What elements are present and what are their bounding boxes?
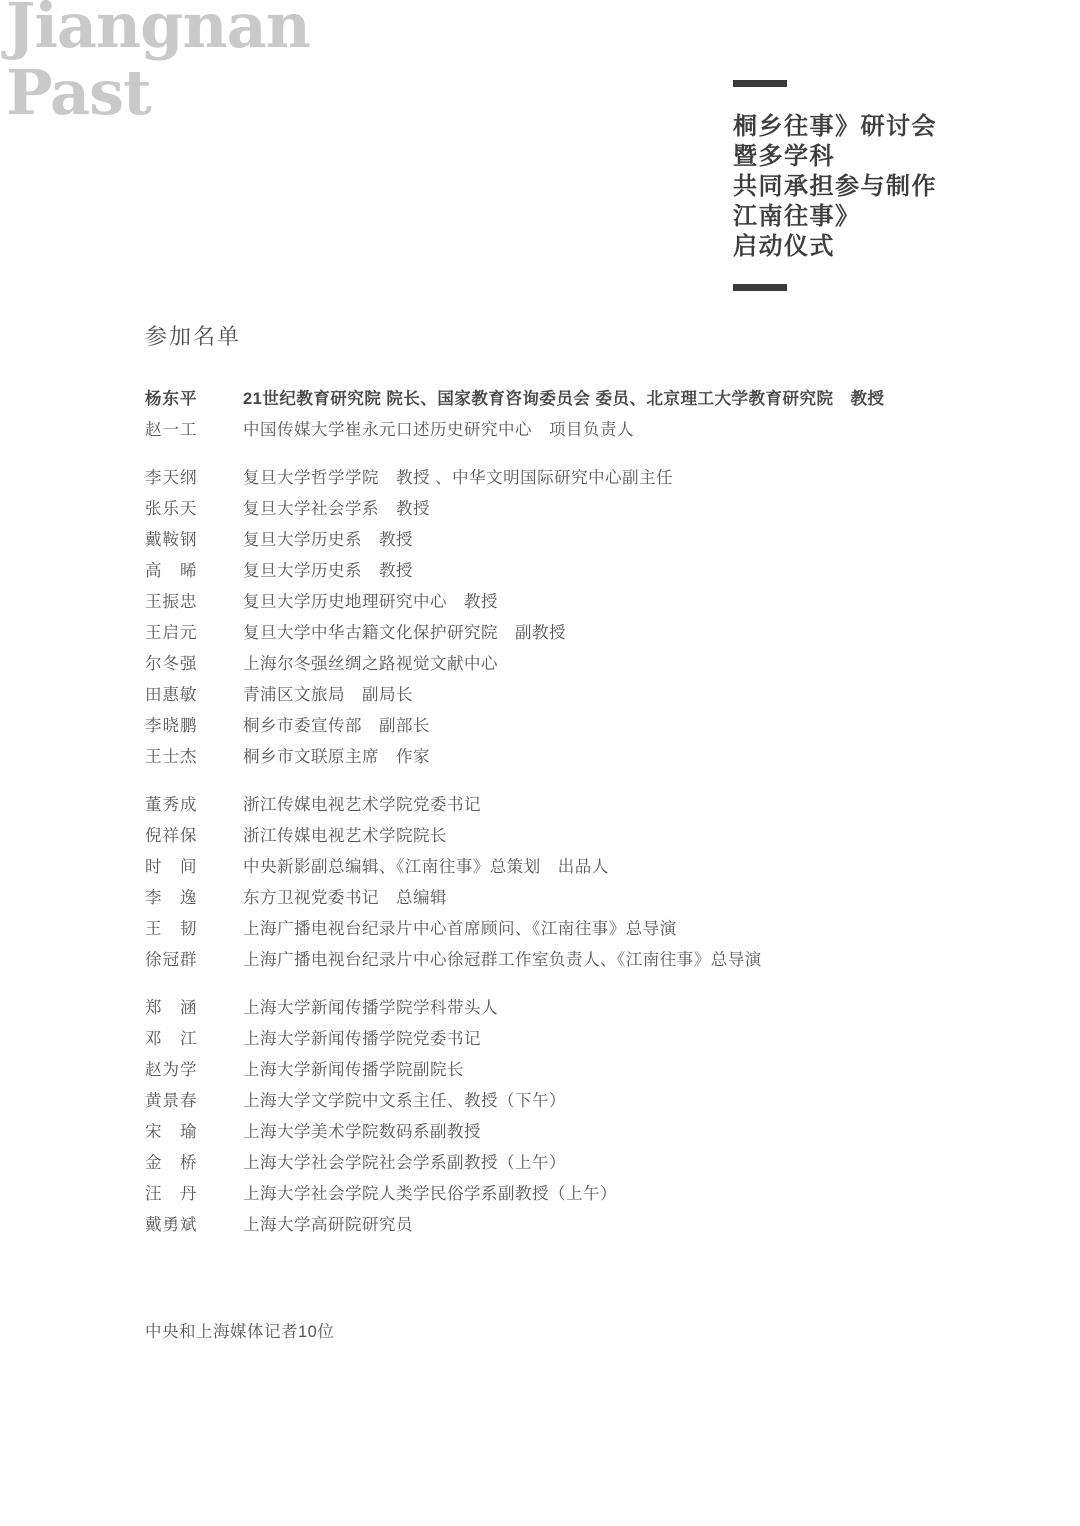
participant-row: 汪 丹上海大学社会学院人类学民俗学系副教授（上午）	[145, 1185, 1025, 1203]
participant-role: 复旦大学历史系 教授	[243, 562, 1025, 580]
participant-role: 东方卫视党委书记 总编辑	[243, 889, 1025, 907]
participant-name: 王振忠	[145, 593, 243, 611]
participant-row: 张乐天复旦大学社会学系 教授	[145, 500, 1025, 518]
section-title-participants: 参加名单	[145, 320, 241, 351]
participant-name: 王启元	[145, 624, 243, 642]
participant-group: 杨东平21世纪教育研究院 院长、国家教育咨询委员会 委员、北京理工大学教育研究院…	[145, 390, 1025, 439]
participant-name: 王士杰	[145, 748, 243, 766]
watermark-jiangnan-past: Jiangnan Past	[6, 0, 310, 126]
participant-role: 上海大学社会学院社会学系副教授（上午）	[243, 1154, 1025, 1172]
participant-name: 李晓鹏	[145, 717, 243, 735]
participant-name: 田惠敏	[145, 686, 243, 704]
participant-row: 黄景春上海大学文学院中文系主任、教授（下午）	[145, 1092, 1025, 1110]
participant-row: 宋 瑜上海大学美术学院数码系副教授	[145, 1123, 1025, 1141]
decorative-bar-bottom	[733, 284, 787, 291]
footer-note: 中央和上海媒体记者10位	[145, 1318, 334, 1342]
participant-name: 汪 丹	[145, 1185, 243, 1203]
participant-row: 李晓鹏桐乡市委宣传部 副部长	[145, 717, 1025, 735]
participant-name: 李 逸	[145, 889, 243, 907]
participant-name: 黄景春	[145, 1092, 243, 1110]
participant-name: 戴勇斌	[145, 1216, 243, 1234]
participant-role: 复旦大学社会学系 教授	[243, 500, 1025, 518]
participant-row: 金 桥上海大学社会学院社会学系副教授（上午）	[145, 1154, 1025, 1172]
participant-name: 高 晞	[145, 562, 243, 580]
participant-row: 赵为学上海大学新闻传播学院副院长	[145, 1061, 1025, 1079]
participant-row: 王振忠复旦大学历史地理研究中心 教授	[145, 593, 1025, 611]
participant-name: 宋 瑜	[145, 1123, 243, 1141]
event-title-line: 江南往事》	[733, 202, 993, 232]
decorative-bar-top	[733, 80, 787, 87]
event-title-lines: 桐乡往事》研讨会暨多学科共同承担参与制作江南往事》启动仪式	[733, 112, 993, 262]
participant-row: 董秀成浙江传媒电视艺术学院党委书记	[145, 796, 1025, 814]
participant-role: 上海大学新闻传播学院学科带头人	[243, 999, 1025, 1017]
participant-row: 尔冬强上海尔冬强丝绸之路视觉文献中心	[145, 655, 1025, 673]
watermark-line2: Past	[6, 56, 151, 129]
participant-group: 郑 涵上海大学新闻传播学院学科带头人邓 江上海大学新闻传播学院党委书记赵为学上海…	[145, 999, 1025, 1234]
participant-row: 李 逸东方卫视党委书记 总编辑	[145, 889, 1025, 907]
participant-role: 桐乡市委宣传部 副部长	[243, 717, 1025, 735]
participant-role: 21世纪教育研究院 院长、国家教育咨询委员会 委员、北京理工大学教育研究院 教授	[243, 390, 1025, 408]
participant-name: 时 间	[145, 858, 243, 876]
participant-role: 青浦区文旅局 副局长	[243, 686, 1025, 704]
event-title-line: 桐乡往事》研讨会	[733, 112, 993, 142]
participant-row: 倪祥保浙江传媒电视艺术学院院长	[145, 827, 1025, 845]
participant-row: 戴勇斌上海大学高研院研究员	[145, 1216, 1025, 1234]
participant-list: 杨东平21世纪教育研究院 院长、国家教育咨询委员会 委员、北京理工大学教育研究院…	[145, 390, 1025, 1264]
participant-name: 赵一工	[145, 421, 243, 439]
participant-role: 浙江传媒电视艺术学院党委书记	[243, 796, 1025, 814]
participant-role: 上海尔冬强丝绸之路视觉文献中心	[243, 655, 1025, 673]
participant-name: 戴鞍钢	[145, 531, 243, 549]
watermark-line1: Jiangnan	[6, 0, 310, 62]
participant-role: 上海大学高研院研究员	[243, 1216, 1025, 1234]
participant-name: 张乐天	[145, 500, 243, 518]
participant-role: 上海大学新闻传播学院副院长	[243, 1061, 1025, 1079]
event-title-block: 桐乡往事》研讨会暨多学科共同承担参与制作江南往事》启动仪式	[733, 80, 993, 291]
participant-name: 王 韧	[145, 920, 243, 938]
participant-role: 上海广播电视台纪录片中心首席顾问、《江南往事》总导演	[243, 920, 1025, 938]
participant-row: 王启元复旦大学中华古籍文化保护研究院 副教授	[145, 624, 1025, 642]
participant-role: 复旦大学历史系 教授	[243, 531, 1025, 549]
participant-role: 桐乡市文联原主席 作家	[243, 748, 1025, 766]
participant-row: 赵一工中国传媒大学崔永元口述历史研究中心 项目负责人	[145, 421, 1025, 439]
participant-role: 上海广播电视台纪录片中心徐冠群工作室负责人、《江南往事》总导演	[243, 951, 1025, 969]
participant-name: 董秀成	[145, 796, 243, 814]
participant-row: 田惠敏青浦区文旅局 副局长	[145, 686, 1025, 704]
participant-name: 尔冬强	[145, 655, 243, 673]
participant-role: 上海大学新闻传播学院党委书记	[243, 1030, 1025, 1048]
participant-name: 李天纲	[145, 469, 243, 487]
participant-name: 杨东平	[145, 390, 243, 408]
participant-role: 浙江传媒电视艺术学院院长	[243, 827, 1025, 845]
participant-row: 王 韧上海广播电视台纪录片中心首席顾问、《江南往事》总导演	[145, 920, 1025, 938]
participant-row: 高 晞复旦大学历史系 教授	[145, 562, 1025, 580]
participant-name: 金 桥	[145, 1154, 243, 1172]
participant-group: 李天纲复旦大学哲学学院 教授 、中华文明国际研究中心副主任张乐天复旦大学社会学系…	[145, 469, 1025, 766]
participant-role: 复旦大学历史地理研究中心 教授	[243, 593, 1025, 611]
event-title-line: 启动仪式	[733, 232, 993, 262]
participant-role: 上海大学美术学院数码系副教授	[243, 1123, 1025, 1141]
participant-row: 邓 江上海大学新闻传播学院党委书记	[145, 1030, 1025, 1048]
participant-name: 郑 涵	[145, 999, 243, 1017]
participant-role: 上海大学社会学院人类学民俗学系副教授（上午）	[243, 1185, 1025, 1203]
participant-role: 中国传媒大学崔永元口述历史研究中心 项目负责人	[243, 421, 1025, 439]
participant-name: 倪祥保	[145, 827, 243, 845]
participant-name: 邓 江	[145, 1030, 243, 1048]
participant-role: 复旦大学中华古籍文化保护研究院 副教授	[243, 624, 1025, 642]
participant-role: 上海大学文学院中文系主任、教授（下午）	[243, 1092, 1025, 1110]
event-title-line: 暨多学科	[733, 142, 993, 172]
participant-row: 王士杰桐乡市文联原主席 作家	[145, 748, 1025, 766]
participant-row: 李天纲复旦大学哲学学院 教授 、中华文明国际研究中心副主任	[145, 469, 1025, 487]
participant-role: 复旦大学哲学学院 教授 、中华文明国际研究中心副主任	[243, 469, 1025, 487]
participant-row: 戴鞍钢复旦大学历史系 教授	[145, 531, 1025, 549]
participant-name: 赵为学	[145, 1061, 243, 1079]
event-title-line: 共同承担参与制作	[733, 172, 993, 202]
participant-row: 徐冠群上海广播电视台纪录片中心徐冠群工作室负责人、《江南往事》总导演	[145, 951, 1025, 969]
participant-row: 时 间中央新影副总编辑、《江南往事》总策划 出品人	[145, 858, 1025, 876]
participant-group: 董秀成浙江传媒电视艺术学院党委书记倪祥保浙江传媒电视艺术学院院长时 间中央新影副…	[145, 796, 1025, 969]
participant-name: 徐冠群	[145, 951, 243, 969]
participant-row: 杨东平21世纪教育研究院 院长、国家教育咨询委员会 委员、北京理工大学教育研究院…	[145, 390, 1025, 408]
participant-row: 郑 涵上海大学新闻传播学院学科带头人	[145, 999, 1025, 1017]
participant-role: 中央新影副总编辑、《江南往事》总策划 出品人	[243, 858, 1025, 876]
